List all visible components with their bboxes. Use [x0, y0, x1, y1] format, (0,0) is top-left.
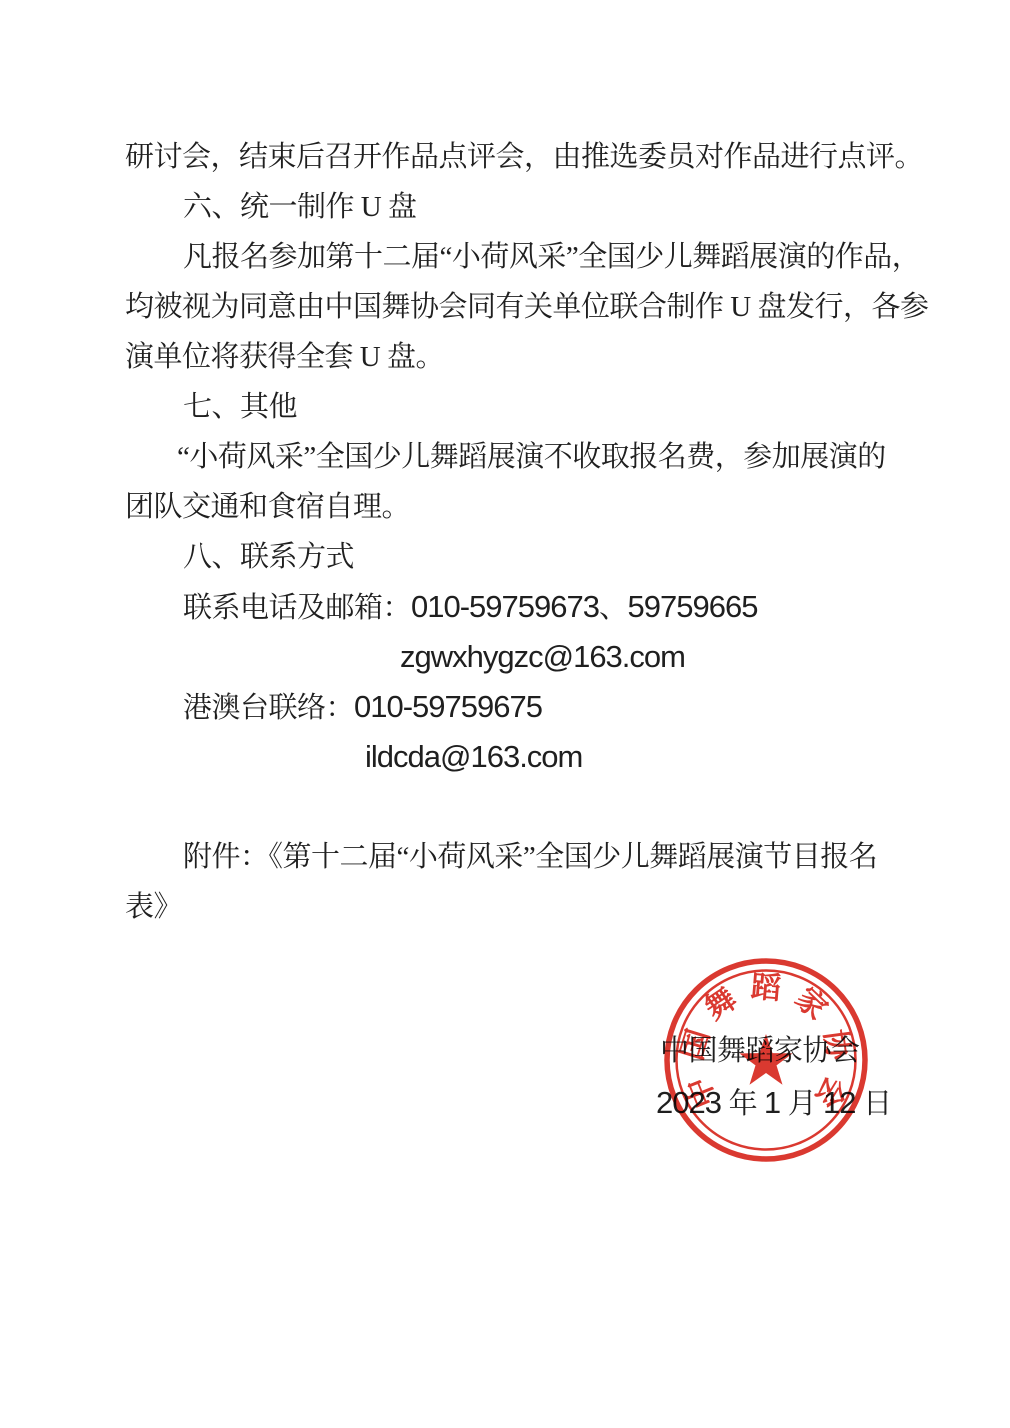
- text-run: 010-59759673: [411, 589, 599, 624]
- text-run: 均被视为同意由中国舞协会同有关单位联合制作 U 盘发行，各参: [125, 291, 928, 323]
- doc-line: 港澳台联络：010-59759675: [125, 682, 895, 732]
- doc-line: “小荷风采”全国少儿舞蹈展演不收取报名费，参加展演的: [125, 432, 895, 482]
- text-run: “小荷风采”全国少儿舞蹈展演不收取报名费，参加展演的: [177, 441, 886, 473]
- doc-line: 团队交通和食宿自理。: [125, 482, 895, 532]
- text-run: 八、联系方式: [183, 541, 354, 573]
- document-page: 研讨会，结束后召开作品点评会，由推选委员对作品进行点评。六、统一制作 U 盘凡报…: [0, 0, 1010, 1428]
- seal-star-icon: [739, 1034, 792, 1085]
- doc-line: 表》: [125, 882, 895, 932]
- text-run: 六、统一制作 U 盘: [183, 191, 416, 223]
- text-run: 59759665: [628, 589, 758, 624]
- text-run: ildcda@163.com: [365, 739, 582, 774]
- doc-line: 七、其他: [125, 382, 895, 432]
- text-run: 港澳台联络：: [183, 692, 354, 724]
- text-run: 联系电话及邮箱：: [183, 592, 411, 624]
- doc-line: 六、统一制作 U 盘: [125, 182, 895, 232]
- doc-line: 演单位将获得全套 U 盘。: [125, 332, 895, 382]
- text-run: 演单位将获得全套 U 盘。: [125, 341, 444, 373]
- text-run: 、: [599, 592, 628, 624]
- text-run: 表》: [125, 891, 182, 923]
- text-run: 附件：《第十二届“小荷风采”全国少儿舞蹈展演节目报名: [183, 841, 877, 873]
- doc-line: 联系电话及邮箱：010-59759673、59759665: [125, 582, 895, 632]
- doc-line: ildcda@163.com: [125, 732, 895, 782]
- doc-line: 研讨会，结束后召开作品点评会，由推选委员对作品进行点评。: [125, 132, 895, 182]
- text-run: 团队交通和食宿自理。: [125, 491, 410, 523]
- text-run: 研讨会，结束后召开作品点评会，由推选委员对作品进行点评。: [125, 141, 923, 173]
- doc-line: 均被视为同意由中国舞协会同有关单位联合制作 U 盘发行，各参: [125, 282, 895, 332]
- text-run: zgwxhygzc@163.com: [400, 639, 685, 674]
- text-run: 七、其他: [183, 391, 297, 423]
- text-run: 010-59759675: [354, 689, 542, 724]
- document-body: 研讨会，结束后召开作品点评会，由推选委员对作品进行点评。六、统一制作 U 盘凡报…: [125, 132, 895, 932]
- doc-line: 附件：《第十二届“小荷风采”全国少儿舞蹈展演节目报名: [125, 832, 895, 882]
- text-run: 凡报名参加第十二届“小荷风采”全国少儿舞蹈展演的作品，: [183, 241, 920, 273]
- official-seal: 中国舞蹈家协会: [656, 950, 876, 1170]
- doc-line: 八、联系方式: [125, 532, 895, 582]
- doc-line: 凡报名参加第十二届“小荷风采”全国少儿舞蹈展演的作品，: [125, 232, 895, 282]
- doc-line: [125, 782, 895, 832]
- doc-line: zgwxhygzc@163.com: [125, 632, 895, 682]
